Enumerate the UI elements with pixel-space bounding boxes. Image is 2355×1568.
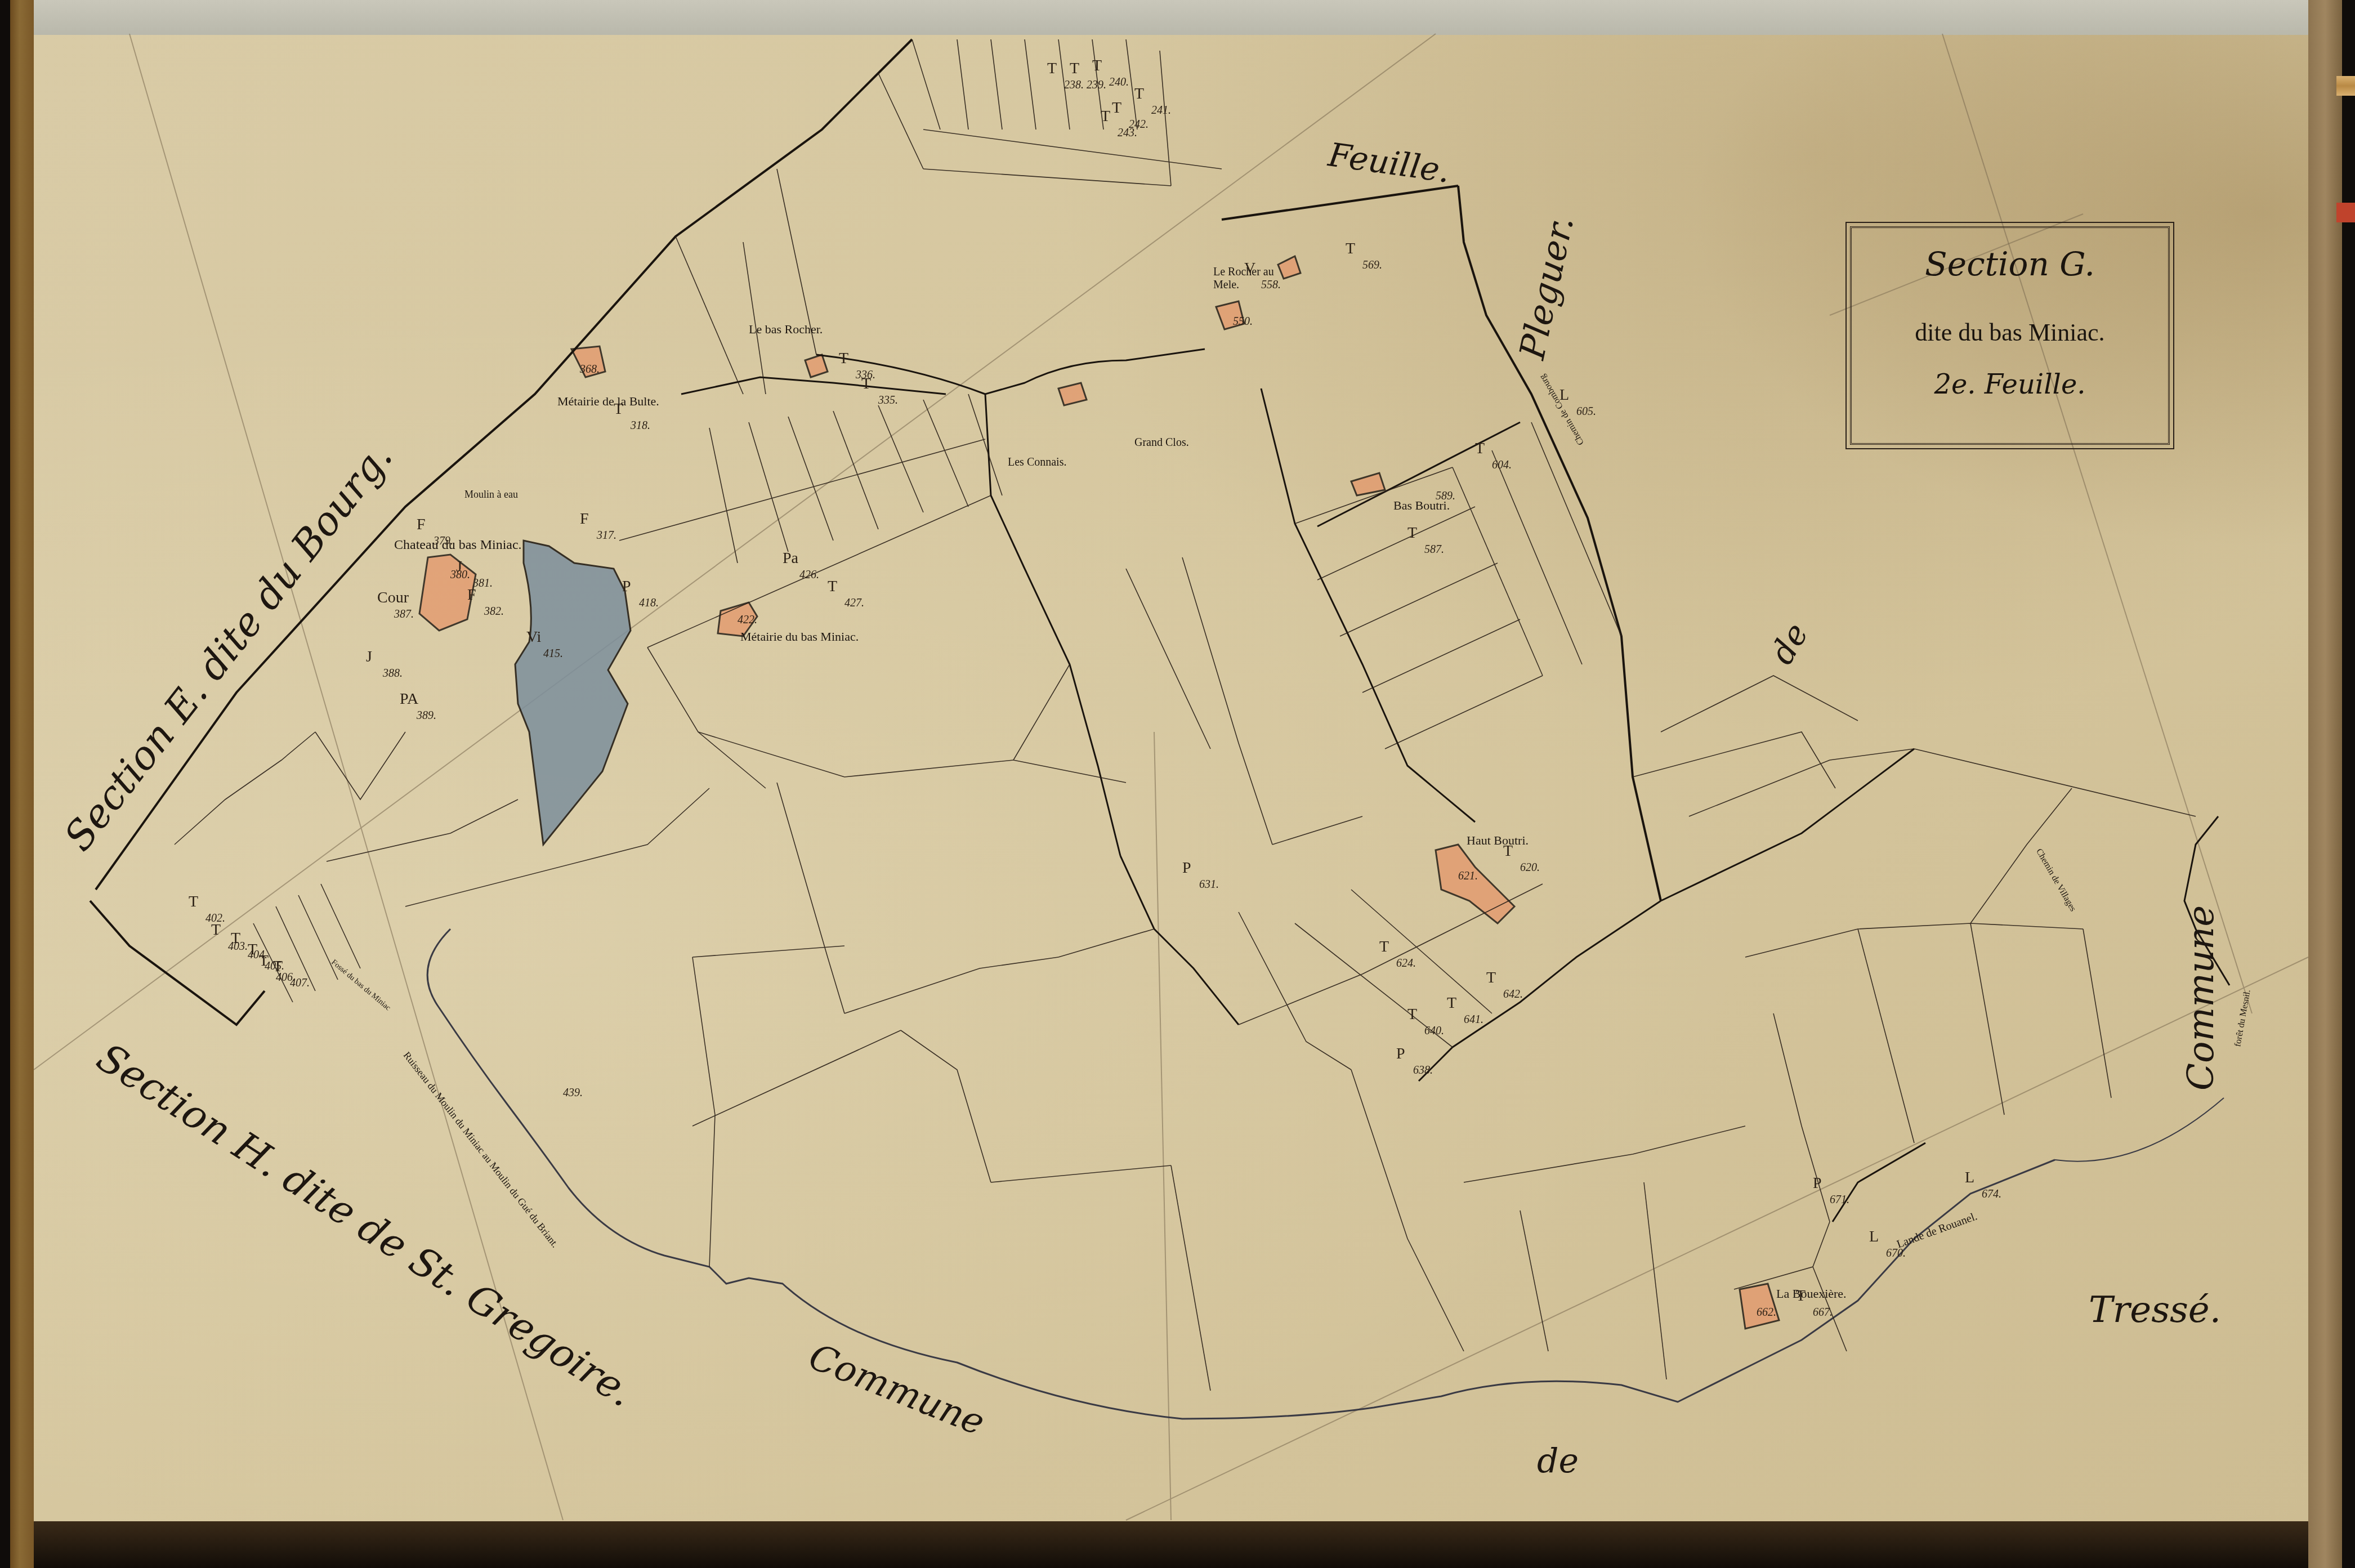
lande-boundary bbox=[2055, 1098, 2224, 1162]
place-moulin-eau: Moulin à eau bbox=[464, 489, 518, 501]
parcel-nature-code: T bbox=[259, 952, 269, 970]
parcel-nature-code: T bbox=[1101, 108, 1110, 126]
parcel-nature-code: L bbox=[1559, 386, 1569, 404]
parcel-nature-code: T bbox=[211, 921, 221, 939]
parcel-number: 569. bbox=[1362, 259, 1382, 272]
parcel-number: 379. bbox=[434, 535, 453, 548]
parcel-number: 243. bbox=[1118, 127, 1137, 140]
label-tresse: Tressé. bbox=[2089, 1289, 2221, 1331]
parcel-number: 587. bbox=[1424, 543, 1444, 556]
parcel-nature-code: T bbox=[1486, 969, 1496, 987]
parcel-nature-code: T bbox=[1407, 524, 1417, 542]
pond bbox=[515, 540, 631, 845]
parcel-number: 638. bbox=[1413, 1064, 1433, 1077]
parcel-number: 642. bbox=[1503, 988, 1523, 1001]
parcel-nature-code: T bbox=[273, 958, 283, 976]
parcel-number: 422. bbox=[738, 614, 757, 627]
parcel-nature-code: T bbox=[1134, 85, 1144, 103]
parcel-nature-code: F bbox=[467, 586, 476, 604]
haut-boutri-building bbox=[1436, 845, 1514, 923]
parcel-number: 407. bbox=[290, 977, 310, 990]
place-bas-rocher: Le bas Rocher. bbox=[749, 322, 823, 337]
parcel-nature-code: F bbox=[417, 516, 426, 534]
parcel-nature-code: Vi bbox=[526, 628, 541, 646]
place-haut-boutri: Haut Boutri. bbox=[1467, 833, 1529, 848]
les-connais-building bbox=[1058, 383, 1087, 405]
parcel-nature-code: T bbox=[1346, 240, 1355, 258]
parcel-nature-code: T bbox=[248, 941, 257, 959]
parcel-number: 550. bbox=[1233, 315, 1253, 328]
parcel-number: 641. bbox=[1464, 1013, 1483, 1026]
parcel-nature-code: T bbox=[1475, 440, 1485, 458]
parcel-nature-code: T bbox=[1407, 1006, 1417, 1024]
parcel-nature-code: Pa bbox=[783, 550, 798, 568]
parcel-number: 387. bbox=[394, 608, 414, 621]
parcel-nature-code: T bbox=[828, 578, 837, 596]
parcel-number: 671. bbox=[1830, 1194, 1849, 1207]
title-sheet: 2e. Feuille. bbox=[1852, 369, 2168, 400]
label-commune-right: Commune bbox=[2180, 905, 2222, 1091]
title-cartouche: Section G. dite du bas Miniac. 2e. Feuil… bbox=[1850, 226, 2170, 445]
parcel-number: 558. bbox=[1261, 279, 1281, 292]
parcel-nature-code: T bbox=[1503, 842, 1513, 860]
parcel-number: 667. bbox=[1813, 1306, 1833, 1319]
place-grand-clos: Grand Clos. bbox=[1134, 436, 1189, 449]
parcel-number: 238. bbox=[1064, 79, 1084, 92]
parcel-nature-code: T bbox=[614, 400, 623, 418]
parcel-number: 317. bbox=[597, 529, 616, 542]
bas-boutri-building bbox=[1351, 473, 1385, 495]
parcel-number: 389. bbox=[417, 709, 436, 722]
place-metairie-bas-miniac: Métairie du bas Miniac. bbox=[740, 629, 859, 644]
parcel-nature-code: T bbox=[1112, 99, 1121, 117]
parcel-number: 318. bbox=[631, 419, 650, 432]
parcel-number: 605. bbox=[1576, 405, 1596, 418]
parcel-nature-code: P bbox=[1182, 859, 1191, 877]
parcel-nature-code: J bbox=[366, 648, 372, 666]
place-metairie-bulte: Métairie de la Bulte. bbox=[557, 394, 659, 409]
label-de-bottom: de bbox=[1537, 1441, 1579, 1481]
parcel-nature-code: PA bbox=[400, 690, 418, 708]
parcel-number: 241. bbox=[1151, 104, 1171, 117]
parcel-nature-code: P bbox=[1396, 1045, 1405, 1063]
rocher-mele-building-b bbox=[1278, 256, 1301, 279]
parcel-number: 240. bbox=[1109, 76, 1129, 89]
parcel-number: 631. bbox=[1199, 878, 1219, 891]
parcel-number: 621. bbox=[1458, 870, 1478, 883]
place-les-connais: Les Connais. bbox=[1008, 456, 1066, 469]
parcel-nature-code: J bbox=[456, 558, 462, 576]
parcel-nature-code: L bbox=[1869, 1228, 1879, 1246]
buildings bbox=[419, 256, 1779, 1329]
parcel-number: 589. bbox=[1436, 490, 1455, 503]
place-la-bouexiere: La Bouexière. bbox=[1776, 1286, 1847, 1301]
parcel-number: 670. bbox=[1886, 1247, 1906, 1260]
bas-rocher-building bbox=[805, 355, 828, 377]
parcel-nature-code: T bbox=[1379, 938, 1389, 956]
parcel-number: 336. bbox=[856, 369, 875, 382]
parcel-nature-code: V bbox=[1244, 260, 1255, 278]
ruisseau-stream bbox=[427, 929, 2055, 1419]
parcel-number: 368. bbox=[580, 363, 600, 376]
title-section: Section G. bbox=[1852, 245, 2168, 283]
parcel-number: 662. bbox=[1757, 1306, 1776, 1319]
parcel-nature-code: T bbox=[1092, 57, 1102, 75]
parcel-nature-code: T bbox=[189, 893, 198, 911]
parcel-number: 382. bbox=[484, 605, 504, 618]
parcel-nature-code: L bbox=[1965, 1169, 1974, 1187]
parcel-nature-code: Cour bbox=[377, 589, 409, 607]
parcel-number: 239. bbox=[1087, 79, 1106, 92]
parcel-number: 427. bbox=[844, 597, 864, 610]
parcel-number: 624. bbox=[1396, 957, 1416, 970]
parcel-number: 335. bbox=[878, 394, 898, 407]
parcel-number: 640. bbox=[1424, 1025, 1444, 1038]
parcel-nature-code: T bbox=[1070, 60, 1079, 78]
parcel-number: 415. bbox=[543, 647, 563, 660]
parcel-number: 388. bbox=[383, 667, 403, 680]
parcel-nature-code: T bbox=[231, 930, 240, 948]
place-chateau: Chateau du bas Miniac. bbox=[394, 538, 522, 553]
parcel-nature-code: P bbox=[1813, 1174, 1822, 1192]
title-subtitle: dite du bas Miniac. bbox=[1852, 318, 2168, 347]
roads bbox=[681, 349, 2229, 1222]
parcel-number: 418. bbox=[639, 597, 659, 610]
parcel-nature-code: F bbox=[580, 510, 589, 528]
parcel-number: 426. bbox=[799, 569, 819, 582]
parcel-number: 604. bbox=[1492, 459, 1512, 472]
parcel-number: 674. bbox=[1982, 1188, 2001, 1201]
parcel-nature-code: T bbox=[839, 350, 848, 368]
parcel-nature-code: T bbox=[1447, 994, 1456, 1012]
parcel-number: 620. bbox=[1520, 861, 1540, 874]
parcel-nature-code: T bbox=[1047, 60, 1057, 78]
parcel-number: 439. bbox=[563, 1087, 583, 1100]
parcel-nature-code: P bbox=[622, 578, 631, 596]
parcel-nature-code: T bbox=[1796, 1287, 1806, 1305]
